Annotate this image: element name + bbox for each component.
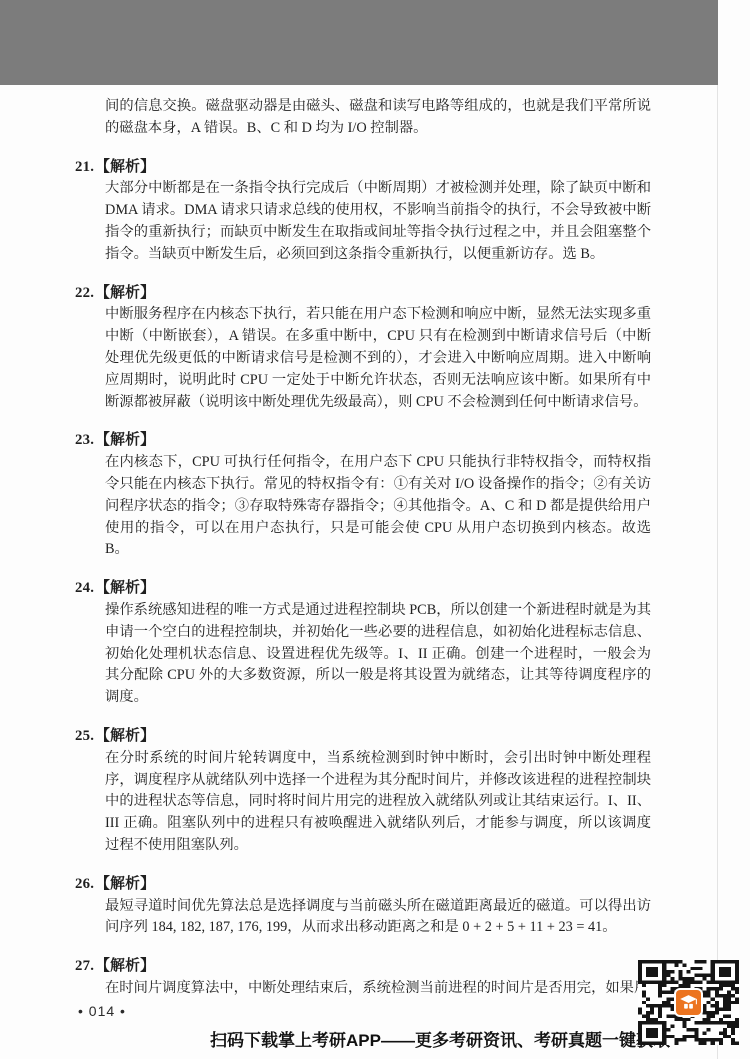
scan-artifact-top-band bbox=[0, 0, 718, 85]
item-number: 24. bbox=[75, 580, 94, 596]
analysis-label: 【解析】 bbox=[95, 728, 155, 744]
solution-item-27: 27.【解析】 在时间片调度算法中，中断处理结束后，系统检测当前进程的时间片是否… bbox=[75, 956, 651, 1000]
app-download-qr-code bbox=[638, 960, 739, 1045]
solutions-content: 间的信息交换。磁盘驱动器是由磁头、磁盘和读写电路等组成的，也就是我们平常所说的磁… bbox=[75, 96, 651, 1000]
footer-banner: 扫码下载掌上考研APP——更多考研资讯、考研真题一键获取 bbox=[170, 1026, 710, 1051]
item-body: 最短寻道时间优先算法总是选择调度与当前磁头所在磁道距离最近的磁道。可以得出访问序… bbox=[105, 896, 651, 940]
page-number: • 014 • bbox=[78, 1003, 126, 1019]
solution-item-25: 25.【解析】 在分时系统的时间片轮转调度中，当系统检测到时钟中断时，会引出时钟… bbox=[75, 726, 651, 857]
solution-item-21: 21.【解析】 大部分中断都是在一条指令执行完成后（中断周期）才被检测并处理，除… bbox=[75, 157, 651, 266]
item-header: 25.【解析】 bbox=[75, 726, 651, 748]
item-number: 23. bbox=[75, 432, 94, 448]
item-header: 21.【解析】 bbox=[75, 157, 651, 179]
analysis-label: 【解析】 bbox=[95, 432, 155, 448]
analysis-label: 【解析】 bbox=[95, 159, 155, 175]
item-number: 27. bbox=[75, 958, 94, 974]
item-body: 大部分中断都是在一条指令执行完成后（中断周期）才被检测并处理，除了缺页中断和 D… bbox=[105, 178, 651, 265]
item-header: 27.【解析】 bbox=[75, 956, 651, 978]
qr-center-logo bbox=[676, 990, 701, 1015]
analysis-label: 【解析】 bbox=[95, 958, 155, 974]
item-header: 23.【解析】 bbox=[75, 430, 651, 452]
item-body: 操作系统感知进程的唯一方式是通过进程控制块 PCB，所以创建一个新进程时就是为其… bbox=[105, 600, 651, 709]
item-body: 在内核态下，CPU 可执行任何指令，在用户态下 CPU 只能执行非特权指令，而特… bbox=[105, 452, 651, 561]
page-edge-line bbox=[717, 85, 718, 1059]
paragraph-continuation: 间的信息交换。磁盘驱动器是由磁头、磁盘和读写电路等组成的，也就是我们平常所说的磁… bbox=[105, 96, 651, 140]
item-body: 中断服务程序在内核态下执行，若只能在用户态下检测和响应中断，显然无法实现多重中断… bbox=[105, 304, 651, 413]
item-body: 在分时系统的时间片轮转调度中，当系统检测到时钟中断时，会引出时钟中断处理程序，调… bbox=[105, 748, 651, 857]
item-body: 在时间片调度算法中，中断处理结束后，系统检测当前进程的时间片是否用完，如果用 bbox=[105, 978, 651, 1000]
graduation-cap-icon bbox=[678, 992, 699, 1013]
analysis-label: 【解析】 bbox=[95, 285, 155, 301]
solution-item-26: 26.【解析】 最短寻道时间优先算法总是选择调度与当前磁头所在磁道距离最近的磁道… bbox=[75, 874, 651, 939]
item-header: 22.【解析】 bbox=[75, 283, 651, 305]
scanned-book-page: 间的信息交换。磁盘驱动器是由磁头、磁盘和读写电路等组成的，也就是我们平常所说的磁… bbox=[0, 0, 750, 1059]
item-number: 21. bbox=[75, 159, 94, 175]
solution-item-22: 22.【解析】 中断服务程序在内核态下执行，若只能在用户态下检测和响应中断，显然… bbox=[75, 283, 651, 414]
analysis-label: 【解析】 bbox=[95, 580, 155, 596]
item-header: 26.【解析】 bbox=[75, 874, 651, 896]
analysis-label: 【解析】 bbox=[95, 876, 155, 892]
solution-item-24: 24.【解析】 操作系统感知进程的唯一方式是通过进程控制块 PCB，所以创建一个… bbox=[75, 578, 651, 709]
item-number: 26. bbox=[75, 876, 94, 892]
item-number: 25. bbox=[75, 728, 94, 744]
item-header: 24.【解析】 bbox=[75, 578, 651, 600]
solution-item-23: 23.【解析】 在内核态下，CPU 可执行任何指令，在用户态下 CPU 只能执行… bbox=[75, 430, 651, 561]
item-number: 22. bbox=[75, 285, 94, 301]
